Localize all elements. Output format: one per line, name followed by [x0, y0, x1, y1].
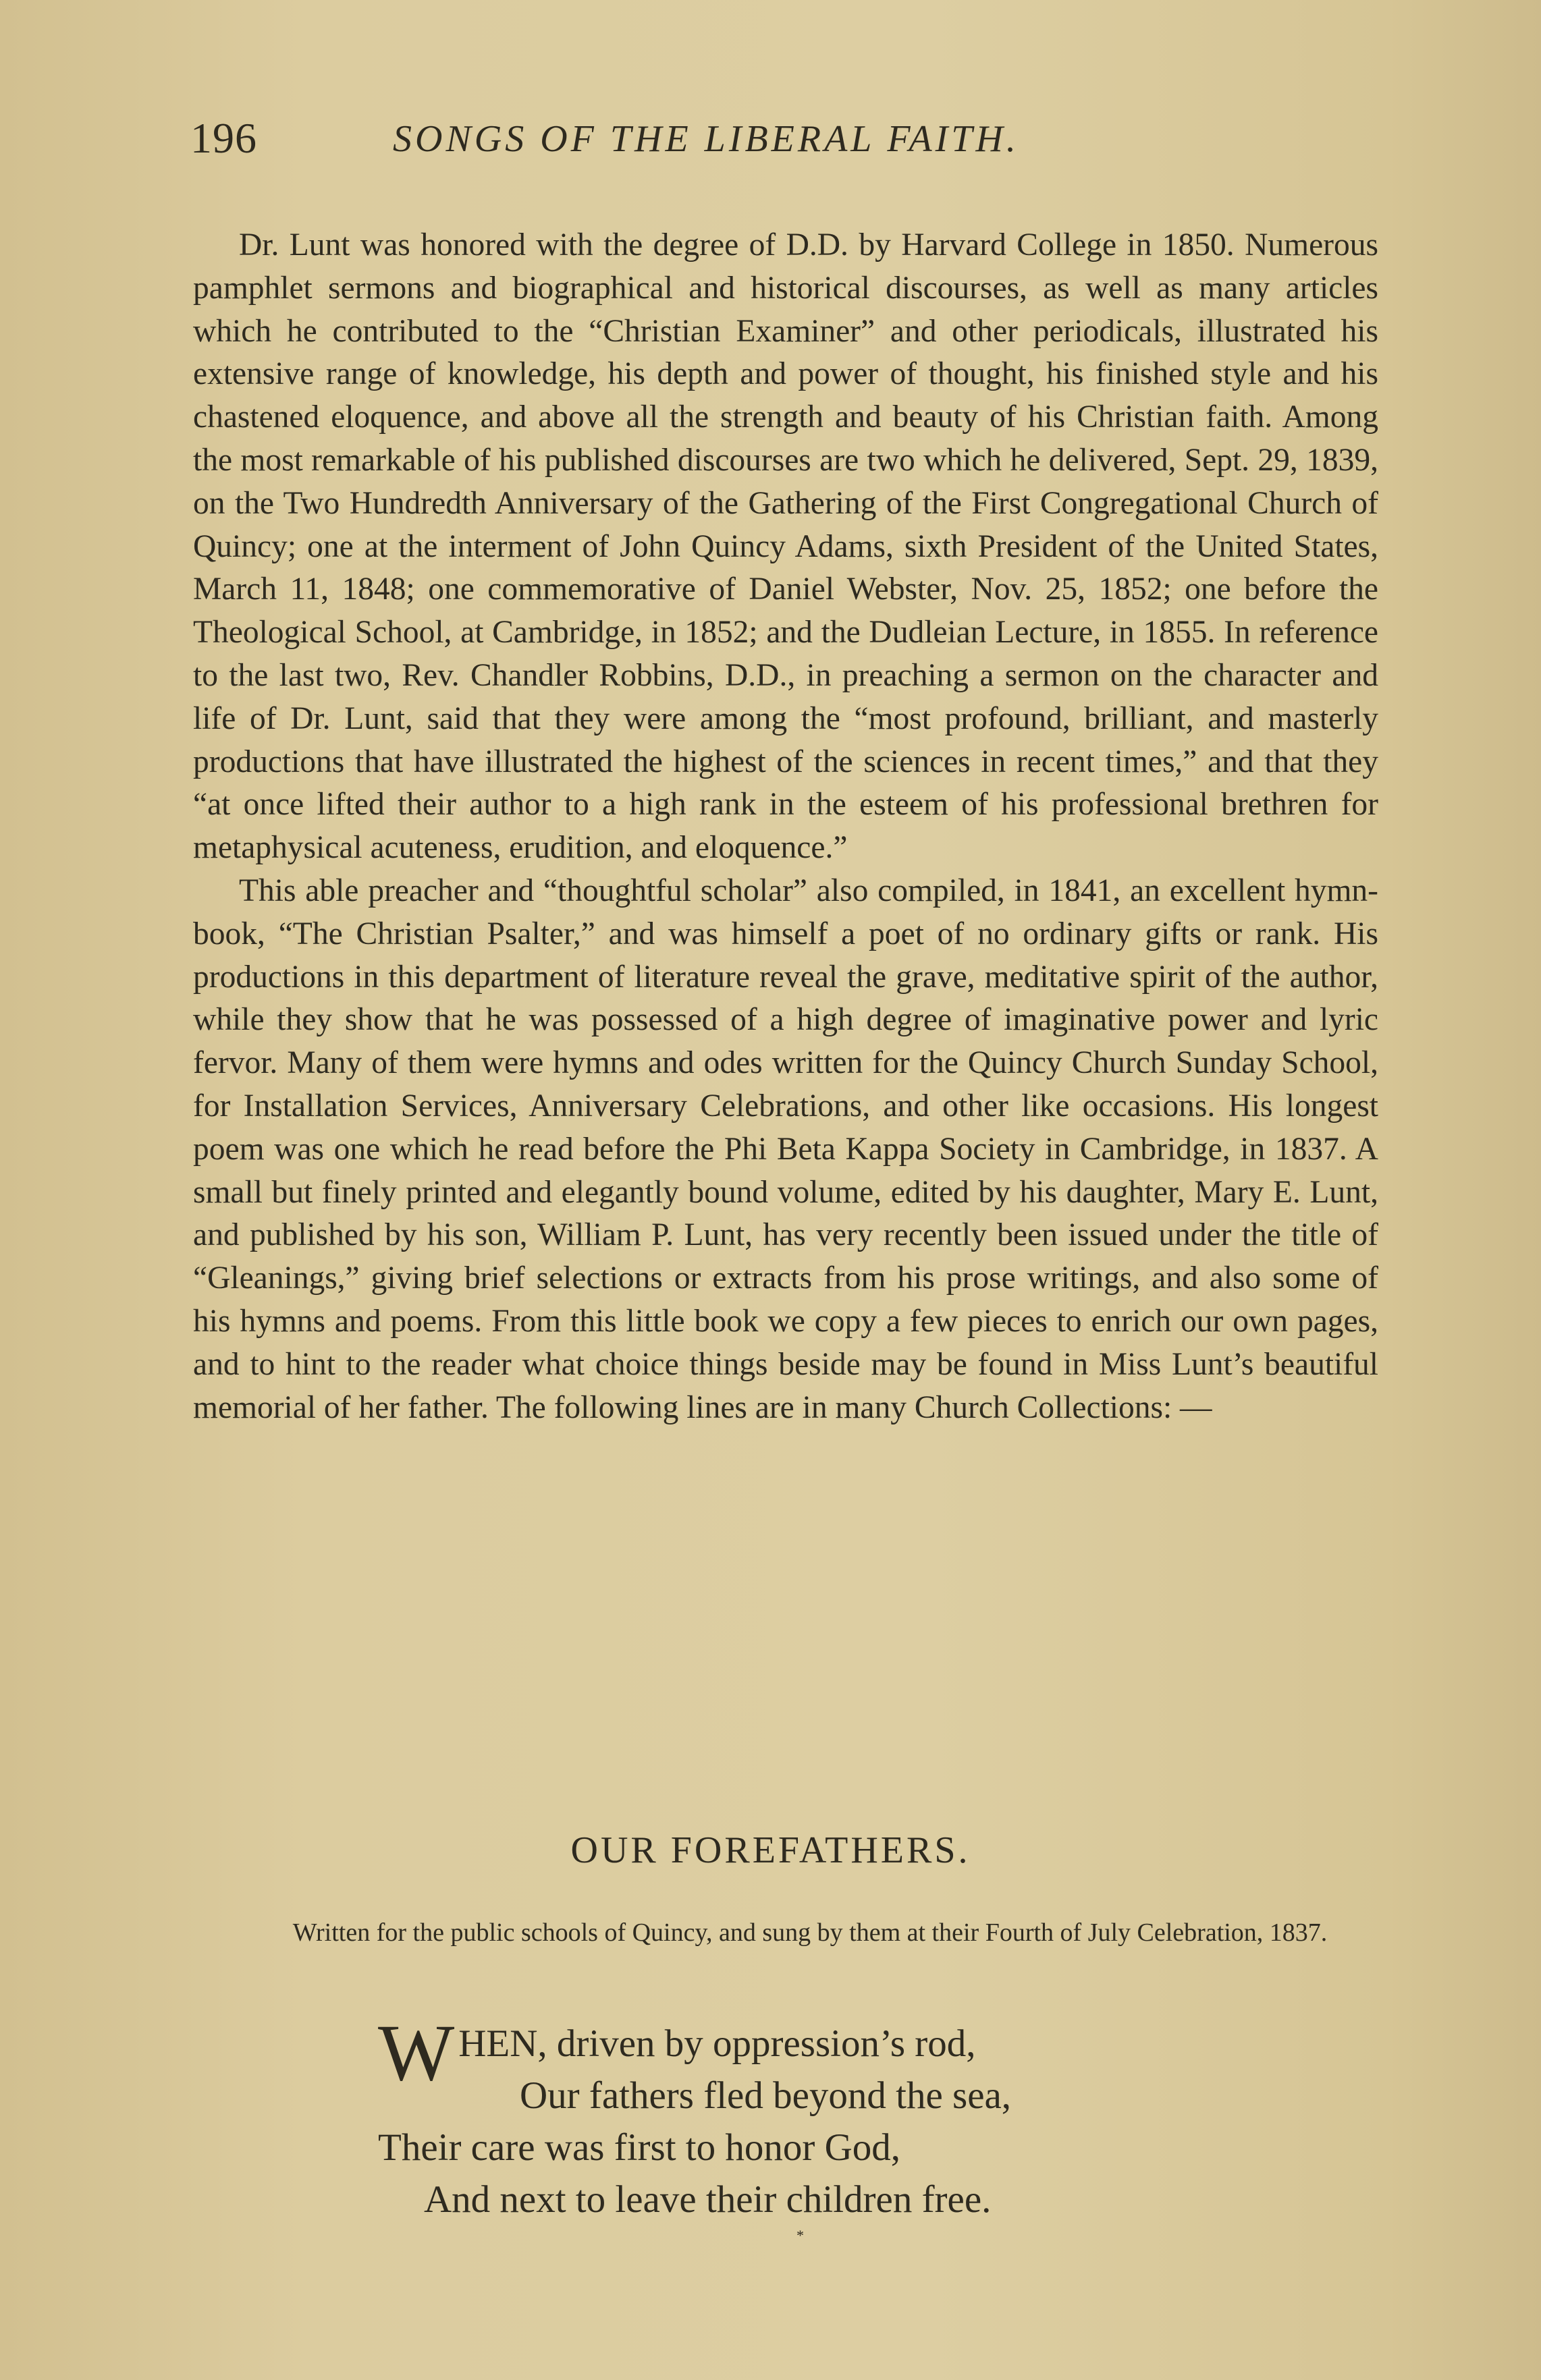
poem-stanza: W HEN, driven by oppression’s rod, Our f…: [378, 2018, 1255, 2225]
drop-cap: W: [378, 2019, 454, 2086]
poem-subtitle: Written for the public schools of Quincy…: [236, 1916, 1384, 1949]
poem-title: OUR FOREFATHERS.: [0, 1829, 1541, 1872]
body-text: Dr. Lunt was honored with the degree of …: [193, 224, 1378, 1429]
poem-line: Our fathers fled beyond the sea,: [378, 2070, 1255, 2122]
paragraph: This able preacher and “thoughtful schol…: [193, 870, 1378, 1429]
poem-line: Their care was first to honor God,: [378, 2122, 1255, 2174]
running-head: 196 SONGS OF THE LIBERAL FAITH.: [190, 113, 1405, 174]
paragraph: Dr. Lunt was honored with the degree of …: [193, 224, 1378, 870]
poem-line: And next to leave their children free.: [378, 2174, 1255, 2225]
book-page: 196 SONGS OF THE LIBERAL FAITH. Dr. Lunt…: [0, 0, 1541, 2380]
poem-line: HEN, driven by oppression’s rod,: [378, 2018, 1255, 2070]
page-number: 196: [190, 113, 257, 163]
asterisk-ornament-icon: *: [796, 2227, 804, 2244]
running-title: SONGS OF THE LIBERAL FAITH.: [393, 117, 1019, 161]
